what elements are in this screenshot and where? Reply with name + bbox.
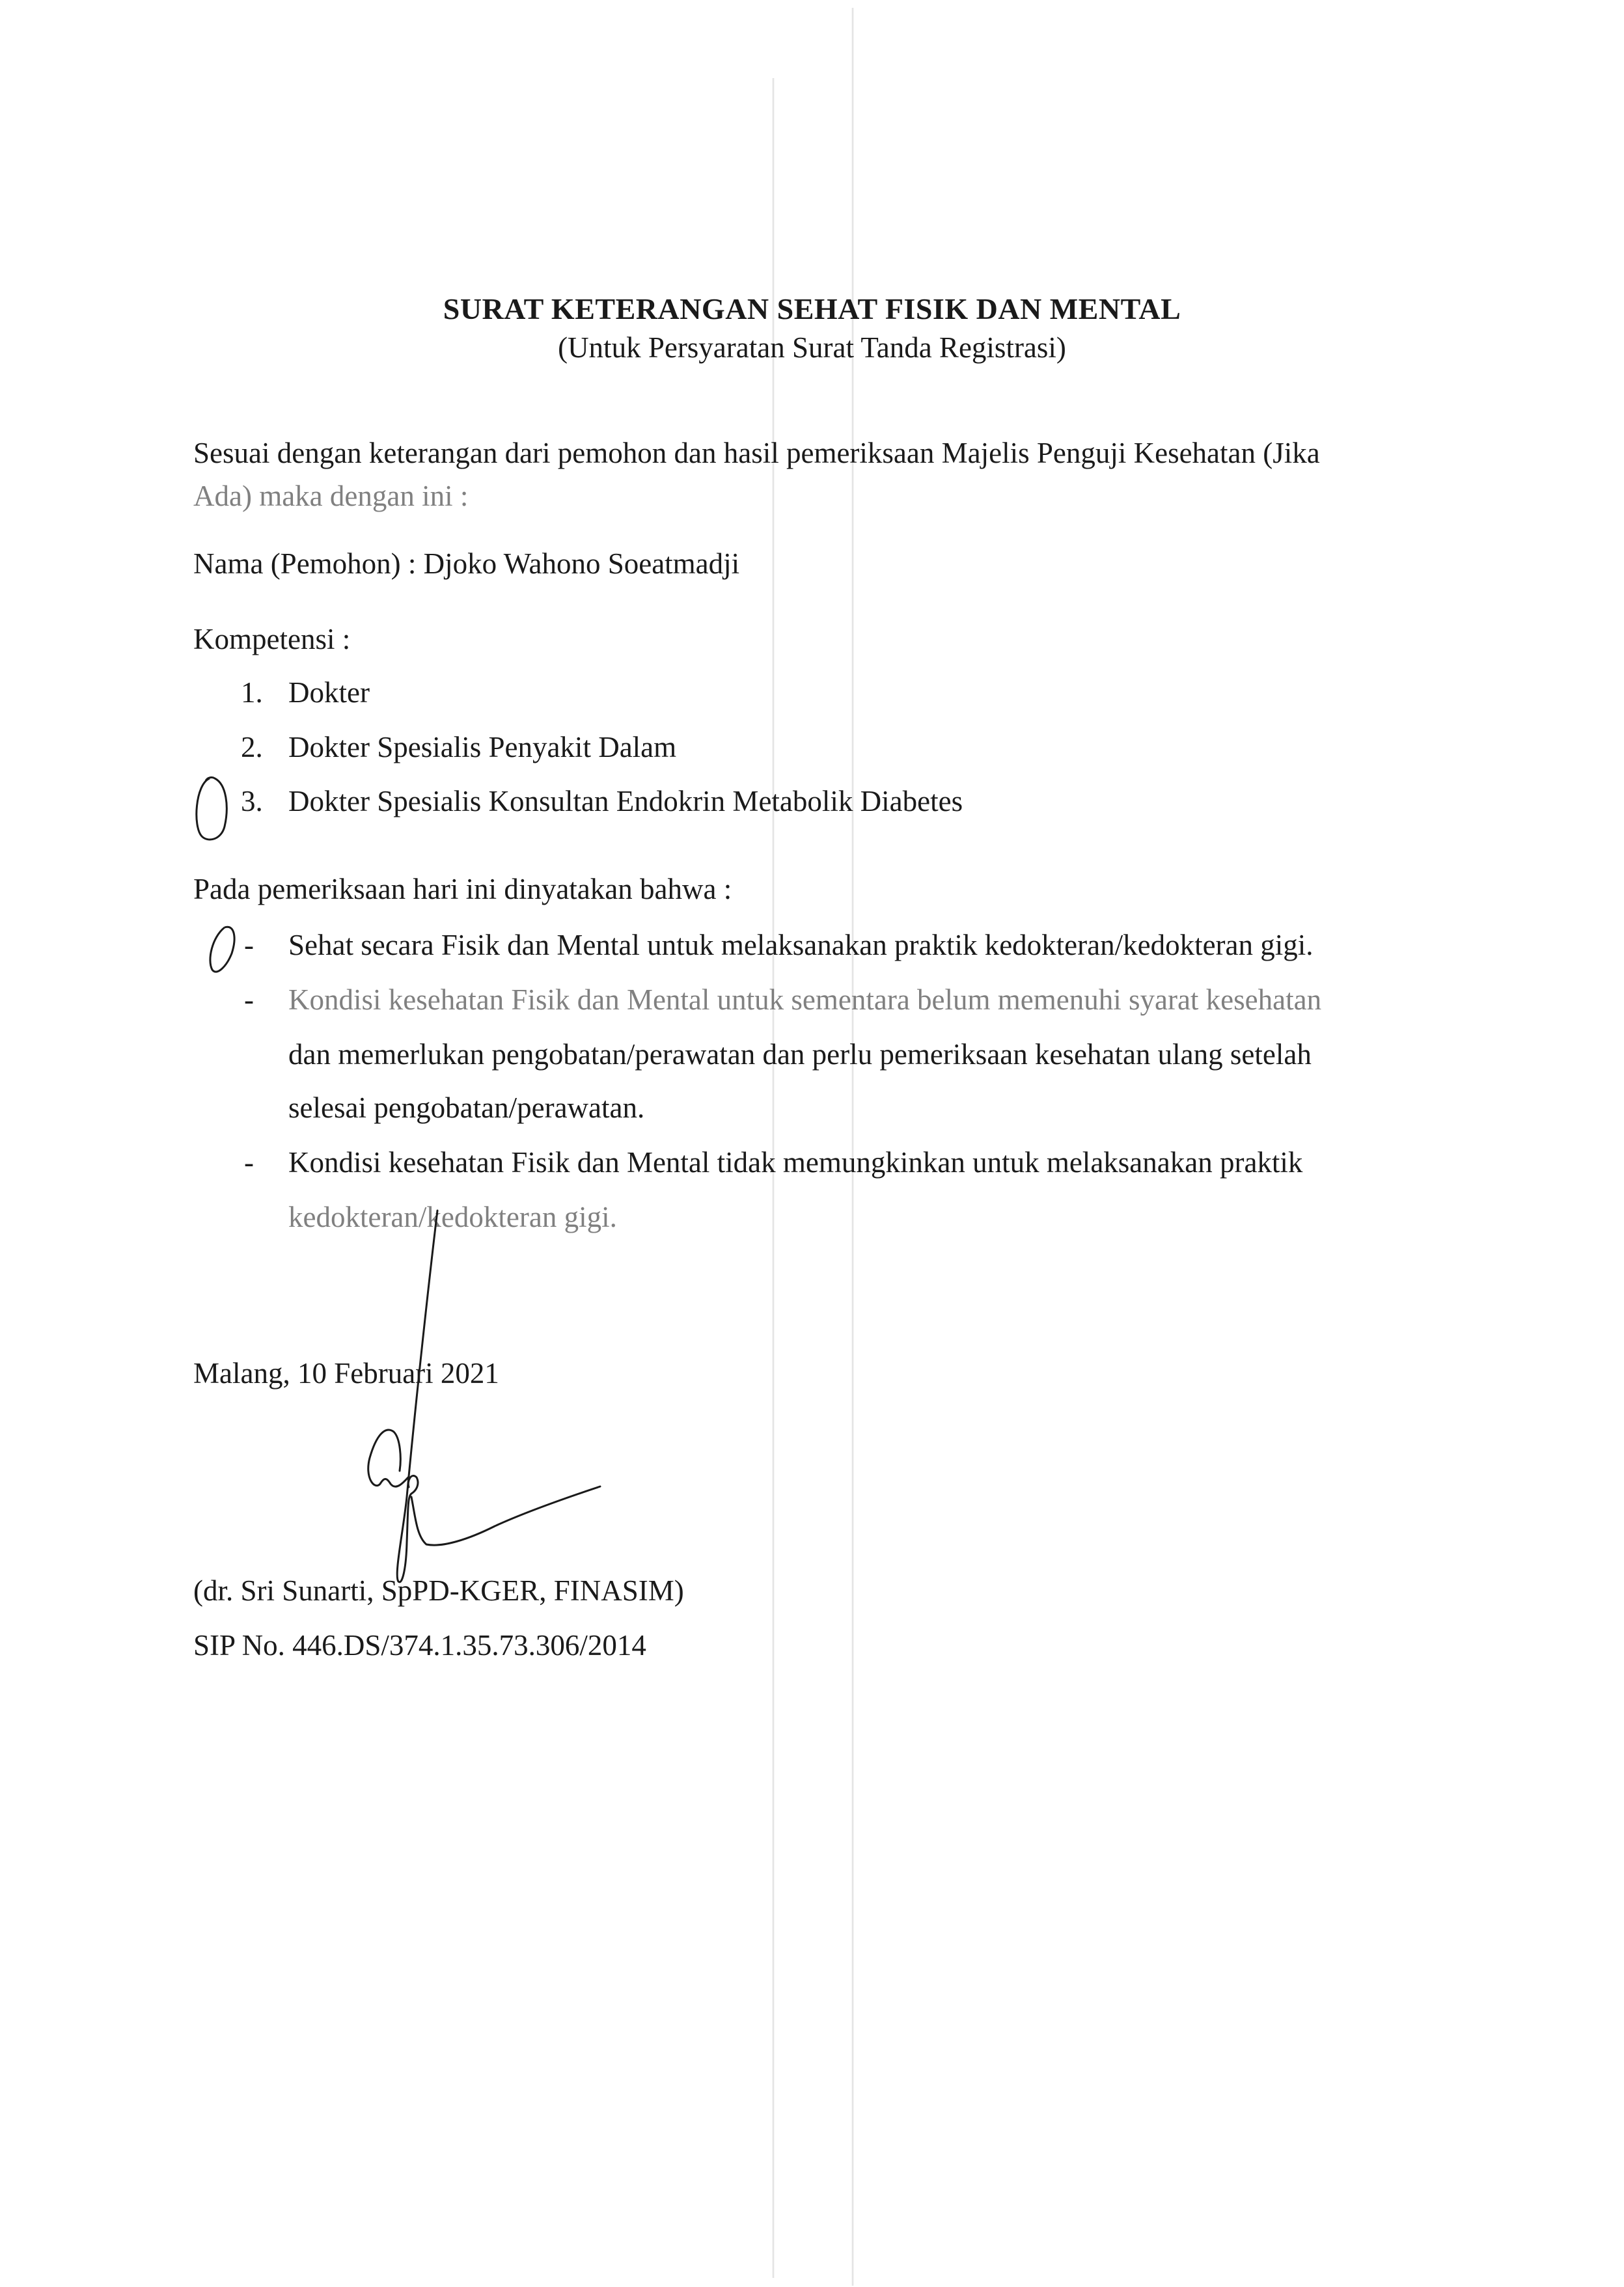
handwritten-circle-mark: [210, 927, 234, 972]
competence-number: 3.: [241, 784, 263, 818]
statement-text: Kondisi kesehatan Fisik dan Mental tidak…: [288, 1145, 1302, 1179]
statement-marker: -: [244, 1145, 254, 1179]
signatory-name: (dr. Sri Sunarti, SpPD-KGER, FINASIM): [193, 1574, 684, 1608]
signature: [368, 1211, 600, 1582]
statement-marker: -: [244, 983, 254, 1017]
intro-paragraph-line-1: Sesuai dengan keterangan dari pemohon da…: [193, 436, 1320, 470]
competence-text: Dokter Spesialis Konsultan Endokrin Meta…: [288, 784, 963, 818]
competence-label: Kompetensi :: [193, 622, 350, 656]
statement-marker: -: [244, 928, 254, 962]
competence-text: Dokter Spesialis Penyakit Dalam: [288, 730, 676, 764]
document-subtitle: (Untuk Persyaratan Surat Tanda Registras…: [0, 331, 1624, 364]
place-date: Malang, 10 Februari 2021: [193, 1356, 499, 1390]
statement-text: selesai pengobatan/perawatan.: [288, 1091, 644, 1125]
license-number: SIP No. 446.DS/374.1.35.73.306/2014: [193, 1628, 646, 1662]
statement-text: Sehat secara Fisik dan Mental untuk mela…: [288, 928, 1314, 962]
statement-text: kedokteran/kedokteran gigi.: [288, 1200, 617, 1234]
competence-number: 1.: [241, 676, 263, 709]
competence-number: 2.: [241, 730, 263, 764]
applicant-name: Nama (Pemohon) : Djoko Wahono Soeatmadji: [193, 547, 739, 581]
competence-text: Dokter: [288, 676, 370, 709]
statement-text: dan memerlukan pengobatan/perawatan dan …: [288, 1037, 1312, 1071]
handwritten-circle-mark: [197, 778, 227, 840]
statement-intro: Pada pemeriksaan hari ini dinyatakan bah…: [193, 872, 732, 906]
document-title: SURAT KETERANGAN SEHAT FISIK DAN MENTAL: [0, 292, 1624, 326]
statement-text: Kondisi kesehatan Fisik dan Mental untuk…: [288, 983, 1321, 1017]
intro-paragraph-line-2: Ada) maka dengan ini :: [193, 479, 468, 513]
